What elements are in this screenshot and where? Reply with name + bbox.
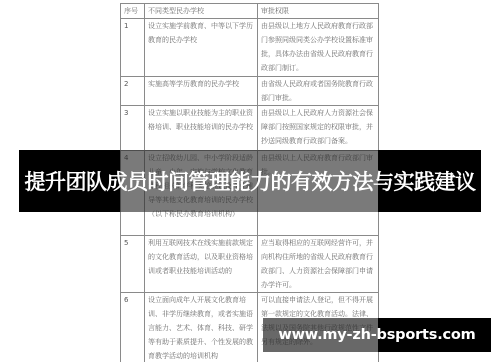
row-authority: 由县级以上地方人民政府教育行政部门参照同级同类公办学校设置标准审批，具体办法由省…: [258, 19, 379, 77]
row-index: 1: [121, 19, 145, 77]
table-row: 2 实施高等学历教育的民办学校 由省级人民政府或者国务院教育行政部门审批。: [121, 77, 379, 106]
row-index: 6: [121, 293, 145, 362]
table-row: 1 设立实施学前教育、中等以下学历教育的民办学校 由县级以上地方人民政府教育行政…: [121, 19, 379, 77]
row-school-type: 实施高等学历教育的民办学校: [145, 77, 258, 106]
row-school-type: 设立实施以职业技能为主的职业资格培训、职业技能培训的民办学校: [145, 106, 258, 151]
watermark-url: www.my-zh-bsports.com: [263, 318, 491, 352]
row-index: 5: [121, 236, 145, 293]
table-row: 5 利用互联网技术在线实施前款规定的文化教育活动，以及职业资格培训或者职业技能培…: [121, 236, 379, 293]
row-authority: 由省级人民政府或者国务院教育行政部门审批。: [258, 77, 379, 106]
row-school-type: 设立面向成年人开展文化教育培训、非学历继续教育，或者实施语言能力、艺术、体育、科…: [145, 293, 258, 362]
row-authority: 由县级以上人民政府人力资源社会保障部门按照国家规定的权限审批，并抄送同级教育行政…: [258, 106, 379, 151]
table-row: 3 设立实施以职业技能为主的职业资格培训、职业技能培训的民办学校 由县级以上人民…: [121, 106, 379, 151]
header-authority: 审批权限: [258, 4, 379, 19]
header-index: 序号: [121, 4, 145, 19]
header-school-type: 不同类型民办学校: [145, 4, 258, 19]
row-authority: 应当取得相应的互联网经营许可，并向机构住所地的省级人民政府教育行政部门、人力资源…: [258, 236, 379, 293]
row-index: 2: [121, 77, 145, 106]
row-school-type: 利用互联网技术在线实施前款规定的文化教育活动，以及职业资格培训或者职业技能培训活…: [145, 236, 258, 293]
row-school-type: 设立实施学前教育、中等以下学历教育的民办学校: [145, 19, 258, 77]
title-banner-text: 提升团队成员时间管理能力的有效方法与实践建议: [19, 150, 481, 212]
row-index: 3: [121, 106, 145, 151]
table-header-row: 序号 不同类型民办学校 审批权限: [121, 4, 379, 19]
